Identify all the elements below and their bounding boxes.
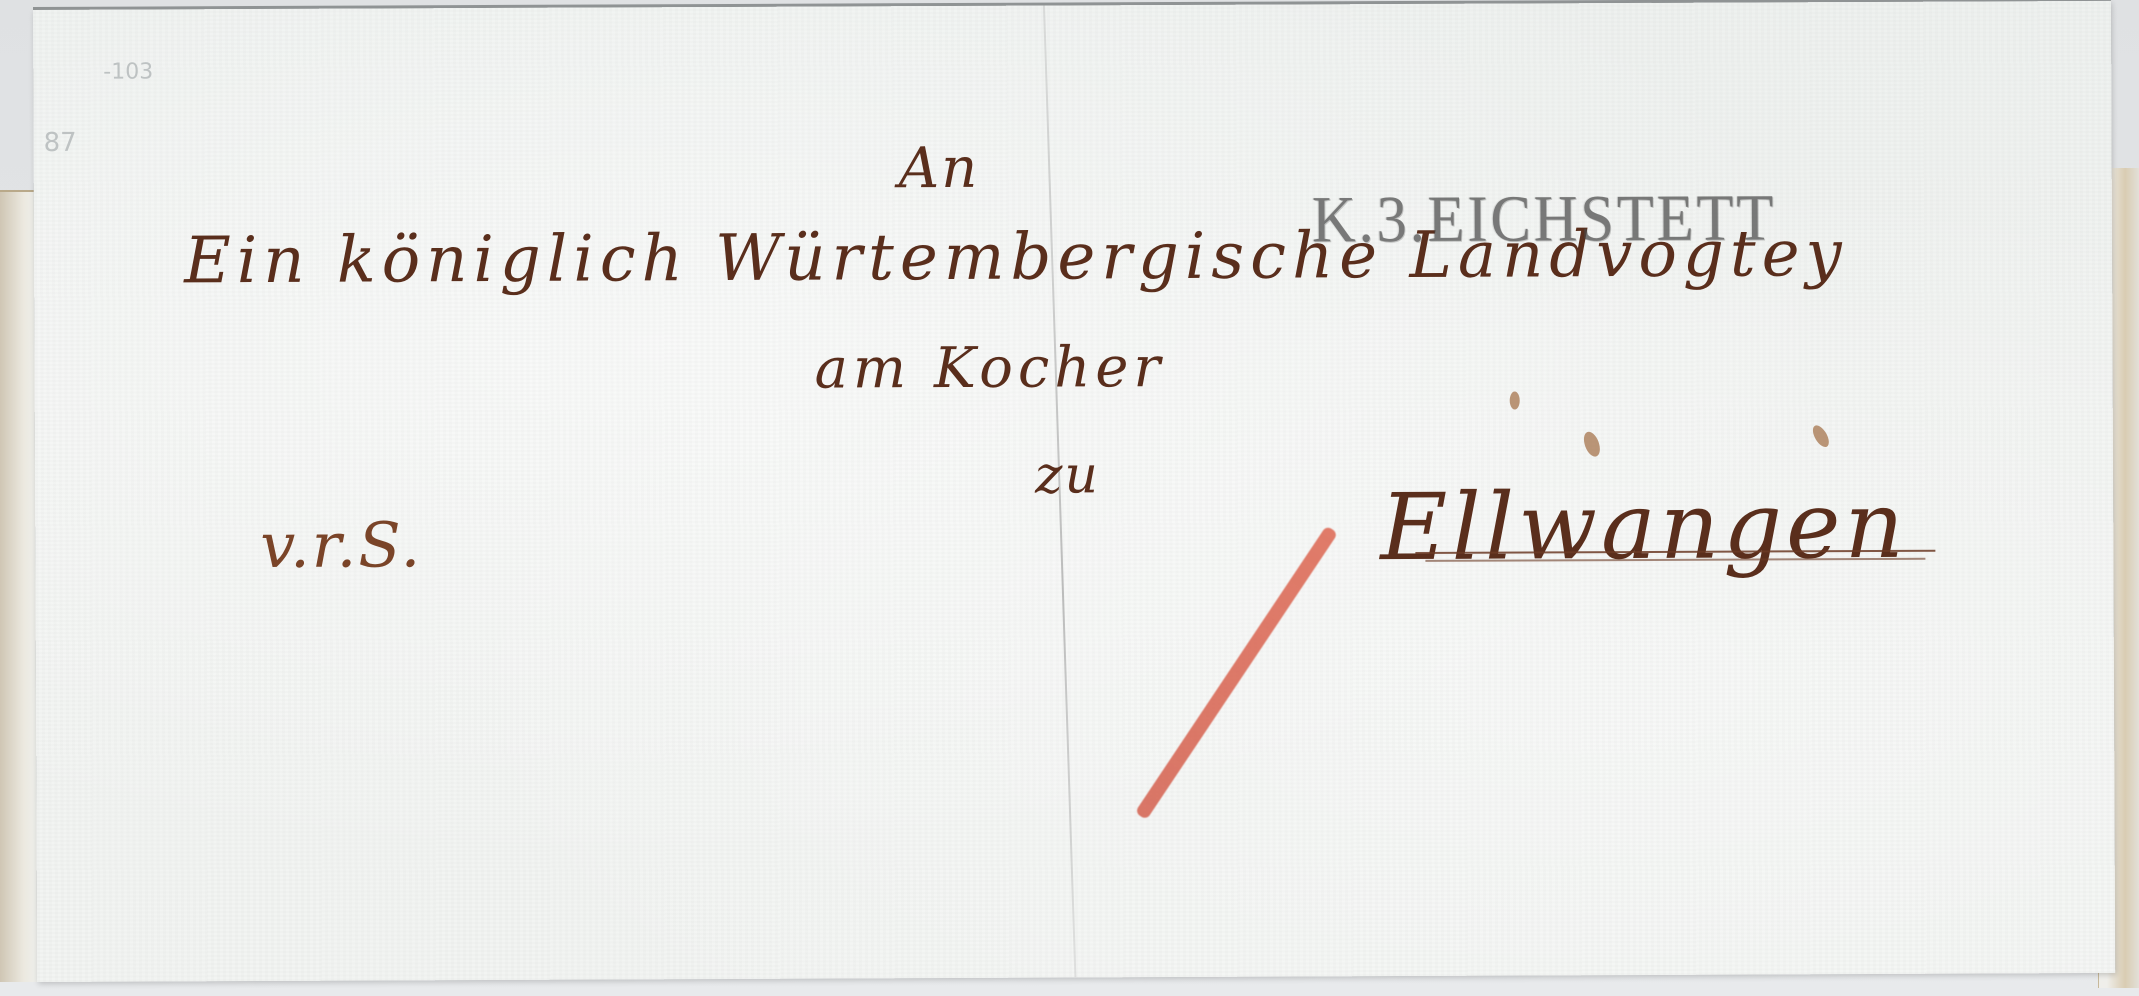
postmark-eichstett: K.3.EICHSTETT: [1312, 180, 1777, 258]
address-destination: Ellwangen: [1380, 472, 1908, 581]
pencil-mark-left-margin: 87: [44, 128, 77, 158]
pencil-mark-top-left: -103: [103, 59, 153, 84]
left-notation: v.r.S.: [260, 508, 422, 582]
letter-cover: -103 87 An Ein königlich Würtembergische…: [33, 1, 2115, 982]
ink-spot: [1510, 392, 1520, 410]
address-zu: zu: [1035, 445, 1100, 505]
ink-spot: [1581, 430, 1603, 459]
ink-spot: [1810, 423, 1832, 450]
address-line-2: am Kocher: [814, 335, 1165, 402]
address-an: An: [899, 136, 980, 201]
red-crayon-mark: [1135, 525, 1338, 820]
